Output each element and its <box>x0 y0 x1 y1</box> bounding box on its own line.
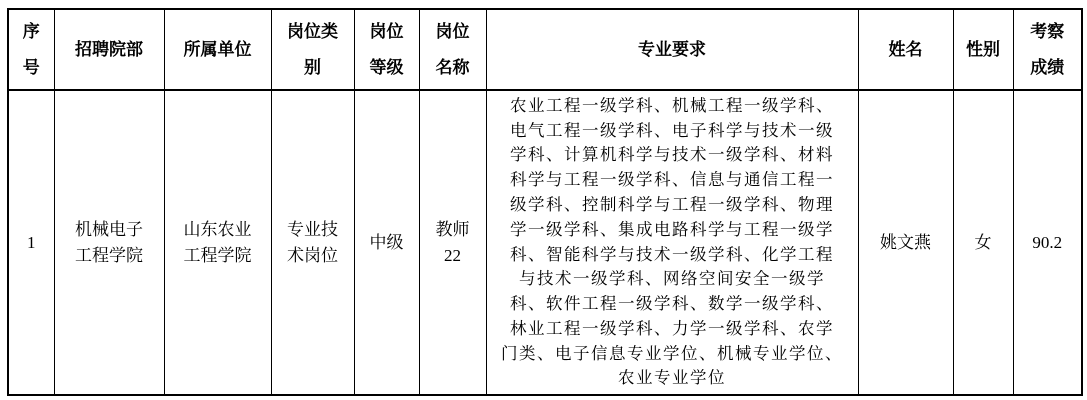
cell-name: 姚文燕 <box>858 90 953 395</box>
header-affiliated-unit: 所属单位 <box>164 9 271 90</box>
document-page: 序 号 招聘院部 所属单位 岗位类 别 岗位 等级 岗位 名称 专业要求 姓名 … <box>0 0 1087 400</box>
cell-serial-number: 1 <box>8 90 54 395</box>
header-gender: 性别 <box>953 9 1013 90</box>
cell-position-name: 教师 22 <box>419 90 486 395</box>
cell-recruiting-department: 机械电子 工程学院 <box>54 90 164 395</box>
recruitment-table: 序 号 招聘院部 所属单位 岗位类 别 岗位 等级 岗位 名称 专业要求 姓名 … <box>7 8 1083 396</box>
cell-gender: 女 <box>953 90 1013 395</box>
header-position-level: 岗位 等级 <box>354 9 419 90</box>
cell-assessment-score: 90.2 <box>1013 90 1082 395</box>
cell-position-level: 中级 <box>354 90 419 395</box>
header-position-category: 岗位类 别 <box>271 9 354 90</box>
header-position-name: 岗位 名称 <box>419 9 486 90</box>
header-recruiting-department: 招聘院部 <box>54 9 164 90</box>
header-assessment-score: 考察 成绩 <box>1013 9 1082 90</box>
header-name: 姓名 <box>858 9 953 90</box>
header-serial-number: 序 号 <box>8 9 54 90</box>
table-header-row: 序 号 招聘院部 所属单位 岗位类 别 岗位 等级 岗位 名称 专业要求 姓名 … <box>8 9 1082 90</box>
cell-affiliated-unit: 山东农业 工程学院 <box>164 90 271 395</box>
table-row: 1 机械电子 工程学院 山东农业 工程学院 专业技 术岗位 中级 教师 22 农… <box>8 90 1082 395</box>
header-major-requirements: 专业要求 <box>486 9 858 90</box>
cell-position-category: 专业技 术岗位 <box>271 90 354 395</box>
cell-major-requirements: 农业工程一级学科、机械工程一级学科、 电气工程一级学科、电子科学与技术一级 学科… <box>486 90 858 395</box>
